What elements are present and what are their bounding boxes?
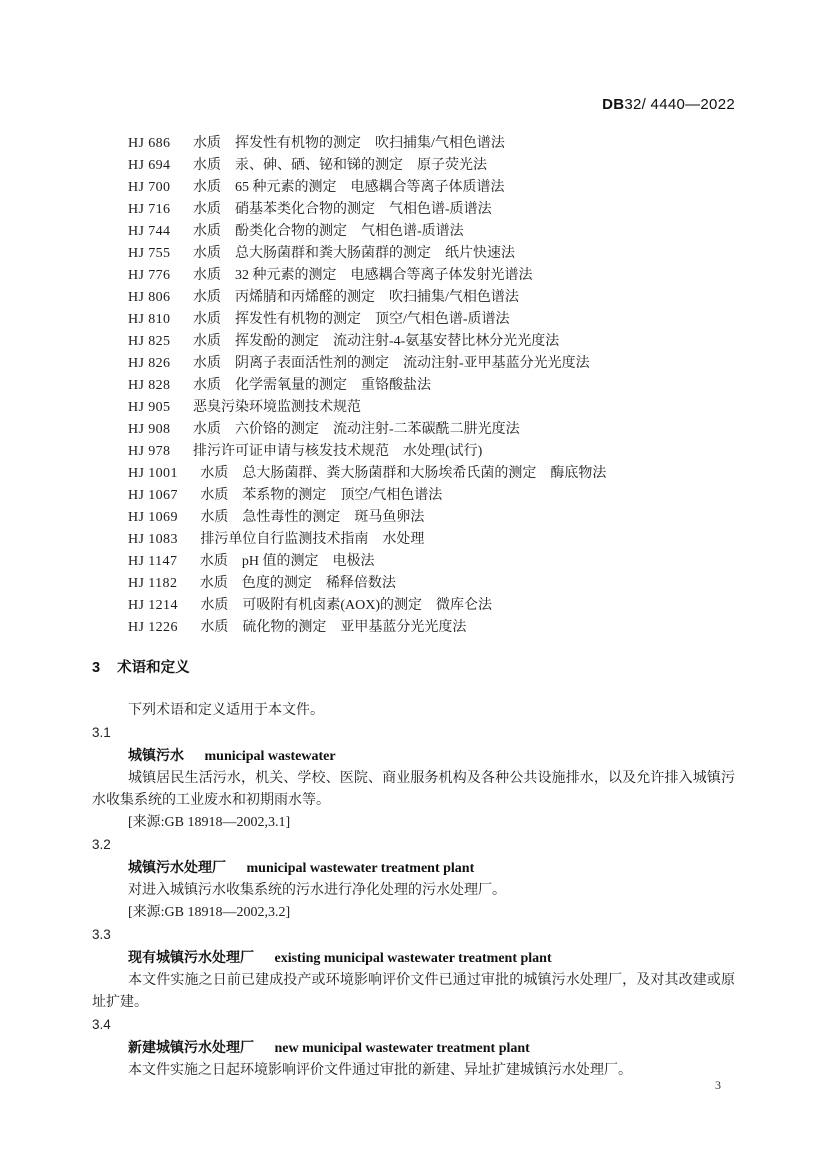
term-heading: 城镇污水处理厂 municipal wastewater treatment p…: [92, 856, 735, 880]
standard-code: HJ 828: [128, 378, 170, 393]
standard-title: 水质 总大肠菌群和粪大肠菌群的测定 纸片快速法: [193, 246, 515, 261]
standard-code: HJ 1214: [128, 598, 178, 613]
standard-number: 32/ 4440—2022: [624, 96, 735, 113]
term-heading: 新建城镇污水处理厂 new municipal wastewater treat…: [92, 1036, 735, 1060]
standard-title: 水质 化学需氧量的测定 重铬酸盐法: [193, 378, 431, 393]
standard-reference-row: HJ 744 水质 酚类化合物的测定 气相色谱-质谱法: [92, 221, 735, 243]
standard-code: HJ 905: [128, 400, 170, 415]
standard-code: HJ 1083: [128, 532, 178, 547]
standard-code: HJ 810: [128, 312, 170, 327]
standard-title: 恶臭污染环境监测技术规范: [193, 400, 361, 415]
standard-reference-row: HJ 755 水质 总大肠菌群和粪大肠菌群的测定 纸片快速法: [92, 243, 735, 265]
standard-reference-row: HJ 1226 水质 硫化物的测定 亚甲基蓝分光光度法: [92, 617, 735, 639]
standard-reference-row: HJ 1067 水质 苯系物的测定 顶空/气相色谱法: [92, 485, 735, 507]
standard-code: HJ 776: [128, 268, 170, 283]
standard-title: 水质 六价铬的测定 流动注射-二苯碳酰二肼光度法: [193, 422, 520, 437]
standard-code: HJ 978: [128, 444, 170, 459]
terms-list: 3.1 城镇污水 municipal wastewater 城镇居民生活污水，机…: [92, 722, 735, 1082]
term-number: 3.3: [92, 924, 735, 946]
standard-code: HJ 694: [128, 158, 170, 173]
term-name-chinese: 现有城镇污水处理厂: [128, 949, 254, 965]
term-definition: 对进入城镇污水收集系统的污水进行净化处理的污水处理厂。: [92, 880, 735, 902]
term-name-chinese: 新建城镇污水处理厂: [128, 1039, 254, 1055]
standard-reference-row: HJ 806 水质 丙烯腈和丙烯醛的测定 吹扫捕集/气相色谱法: [92, 287, 735, 309]
standard-code: HJ 744: [128, 224, 170, 239]
standard-title: 排污许可证申请与核发技术规范 水处理(试行): [193, 444, 482, 459]
term-source: [来源:GB 18918—2002,3.1]: [92, 812, 735, 834]
term-block: 3.1 城镇污水 municipal wastewater 城镇居民生活污水，机…: [92, 722, 735, 834]
standard-code: HJ 1069: [128, 510, 178, 525]
section-number: 3: [92, 660, 100, 676]
standard-reference-row: HJ 1214 水质 可吸附有机卤素(AOX)的测定 微库仑法: [92, 595, 735, 617]
term-definition: 城镇居民生活污水，机关、学校、医院、商业服务机构及各种公共设施排水，以及允许排入…: [92, 768, 735, 812]
standard-code: HJ 686: [128, 136, 170, 151]
standard-reference-row: HJ 694 水质 汞、砷、硒、铋和锑的测定 原子荧光法: [92, 155, 735, 177]
standard-title: 水质 挥发酚的测定 流动注射-4-氨基安替比林分光光度法: [193, 334, 559, 349]
standard-reference-row: HJ 1182 水质 色度的测定 稀释倍数法: [92, 573, 735, 595]
term-definition: 本文件实施之日起环境影响评价文件通过审批的新建、异址扩建城镇污水处理厂。: [92, 1060, 735, 1082]
term-name-english: new municipal wastewater treatment plant: [275, 1041, 530, 1056]
standard-title: 水质 色度的测定 稀释倍数法: [200, 576, 396, 591]
standard-title: 水质 挥发性有机物的测定 吹扫捕集/气相色谱法: [193, 136, 505, 151]
standard-title: 水质 酚类化合物的测定 气相色谱-质谱法: [193, 224, 464, 239]
section-title: 术语和定义: [117, 660, 190, 676]
standard-code: HJ 826: [128, 356, 170, 371]
standard-reference-row: HJ 978 排污许可证申请与核发技术规范 水处理(试行): [92, 441, 735, 463]
standard-title: 水质 硝基苯类化合物的测定 气相色谱-质谱法: [193, 202, 492, 217]
normative-references-list: HJ 686 水质 挥发性有机物的测定 吹扫捕集/气相色谱法 HJ 694 水质…: [92, 133, 735, 639]
term-name-chinese: 城镇污水: [128, 747, 184, 763]
standard-code: HJ 1147: [128, 554, 177, 569]
term-number: 3.1: [92, 722, 735, 744]
standard-reference-row: HJ 700 水质 65 种元素的测定 电感耦合等离子体质谱法: [92, 177, 735, 199]
page-header-standard-number: DB32/ 4440—2022: [92, 96, 735, 113]
standard-title: 水质 硫化物的测定 亚甲基蓝分光光度法: [200, 620, 466, 635]
standard-reference-row: HJ 1001 水质 总大肠菌群、粪大肠菌群和大肠埃希氏菌的测定 酶底物法: [92, 463, 735, 485]
standard-reference-row: HJ 825 水质 挥发酚的测定 流动注射-4-氨基安替比林分光光度法: [92, 331, 735, 353]
standard-title: 水质 丙烯腈和丙烯醛的测定 吹扫捕集/气相色谱法: [193, 290, 519, 305]
term-name-english: municipal wastewater: [205, 749, 336, 764]
standard-title: 水质 65 种元素的测定 电感耦合等离子体质谱法: [193, 180, 505, 195]
standard-prefix: DB: [602, 96, 624, 113]
standard-title: 水质 阴离子表面活性剂的测定 流动注射-亚甲基蓝分光光度法: [193, 356, 590, 371]
term-block: 3.2 城镇污水处理厂 municipal wastewater treatme…: [92, 834, 735, 924]
terms-intro: 下列术语和定义适用于本文件。: [92, 700, 735, 722]
standard-reference-row: HJ 905 恶臭污染环境监测技术规范: [92, 397, 735, 419]
standard-reference-row: HJ 810 水质 挥发性有机物的测定 顶空/气相色谱-质谱法: [92, 309, 735, 331]
standard-title: 水质 总大肠菌群、粪大肠菌群和大肠埃希氏菌的测定 酶底物法: [200, 466, 606, 481]
term-source: [来源:GB 18918—2002,3.2]: [92, 902, 735, 924]
term-number: 3.4: [92, 1014, 735, 1036]
term-heading: 现有城镇污水处理厂 existing municipal wastewater …: [92, 946, 735, 970]
standard-reference-row: HJ 1083 排污单位自行监测技术指南 水处理: [92, 529, 735, 551]
standard-title: 水质 可吸附有机卤素(AOX)的测定 微库仑法: [200, 598, 492, 613]
page-content: HJ 686 水质 挥发性有机物的测定 吹扫捕集/气相色谱法 HJ 694 水质…: [92, 133, 735, 1082]
term-name-chinese: 城镇污水处理厂: [128, 859, 226, 875]
standard-reference-row: HJ 1069 水质 急性毒性的测定 斑马鱼卵法: [92, 507, 735, 529]
standard-reference-row: HJ 826 水质 阴离子表面活性剂的测定 流动注射-亚甲基蓝分光光度法: [92, 353, 735, 375]
standard-code: HJ 716: [128, 202, 170, 217]
term-number: 3.2: [92, 834, 735, 856]
standard-title: 水质 32 种元素的测定 电感耦合等离子体发射光谱法: [193, 268, 533, 283]
standard-reference-row: HJ 776 水质 32 种元素的测定 电感耦合等离子体发射光谱法: [92, 265, 735, 287]
standard-reference-row: HJ 828 水质 化学需氧量的测定 重铬酸盐法: [92, 375, 735, 397]
standard-code: HJ 755: [128, 246, 170, 261]
standard-reference-row: HJ 716 水质 硝基苯类化合物的测定 气相色谱-质谱法: [92, 199, 735, 221]
standard-reference-row: HJ 908 水质 六价铬的测定 流动注射-二苯碳酰二肼光度法: [92, 419, 735, 441]
standard-code: HJ 1001: [128, 466, 178, 481]
page-number: 3: [715, 1078, 721, 1093]
standard-code: HJ 1067: [128, 488, 178, 503]
standard-code: HJ 908: [128, 422, 170, 437]
term-block: 3.4 新建城镇污水处理厂 new municipal wastewater t…: [92, 1014, 735, 1082]
standard-reference-row: HJ 686 水质 挥发性有机物的测定 吹扫捕集/气相色谱法: [92, 133, 735, 155]
term-heading: 城镇污水 municipal wastewater: [92, 744, 735, 768]
standard-code: HJ 825: [128, 334, 170, 349]
standard-title: 水质 pH 值的测定 电极法: [200, 554, 375, 569]
standard-code: HJ 1226: [128, 620, 178, 635]
standard-code: HJ 1182: [128, 576, 177, 591]
term-name-english: existing municipal wastewater treatment …: [275, 951, 552, 966]
standard-reference-row: HJ 1147 水质 pH 值的测定 电极法: [92, 551, 735, 573]
standard-title: 排污单位自行监测技术指南 水处理: [200, 532, 424, 547]
term-definition: 本文件实施之日前已建成投产或环境影响评价文件已通过审批的城镇污水处理厂，及对其改…: [92, 970, 735, 1014]
standard-title: 水质 挥发性有机物的测定 顶空/气相色谱-质谱法: [193, 312, 510, 327]
standard-code: HJ 806: [128, 290, 170, 305]
standard-title: 水质 汞、砷、硒、铋和锑的测定 原子荧光法: [193, 158, 487, 173]
standard-title: 水质 急性毒性的测定 斑马鱼卵法: [200, 510, 424, 525]
document-page: DB32/ 4440—2022 HJ 686 水质 挥发性有机物的测定 吹扫捕集…: [0, 0, 826, 1169]
term-name-english: municipal wastewater treatment plant: [247, 861, 475, 876]
section-heading: 3 术语和定义: [92, 657, 735, 679]
standard-code: HJ 700: [128, 180, 170, 195]
standard-title: 水质 苯系物的测定 顶空/气相色谱法: [200, 488, 442, 503]
term-block: 3.3 现有城镇污水处理厂 existing municipal wastewa…: [92, 924, 735, 1014]
